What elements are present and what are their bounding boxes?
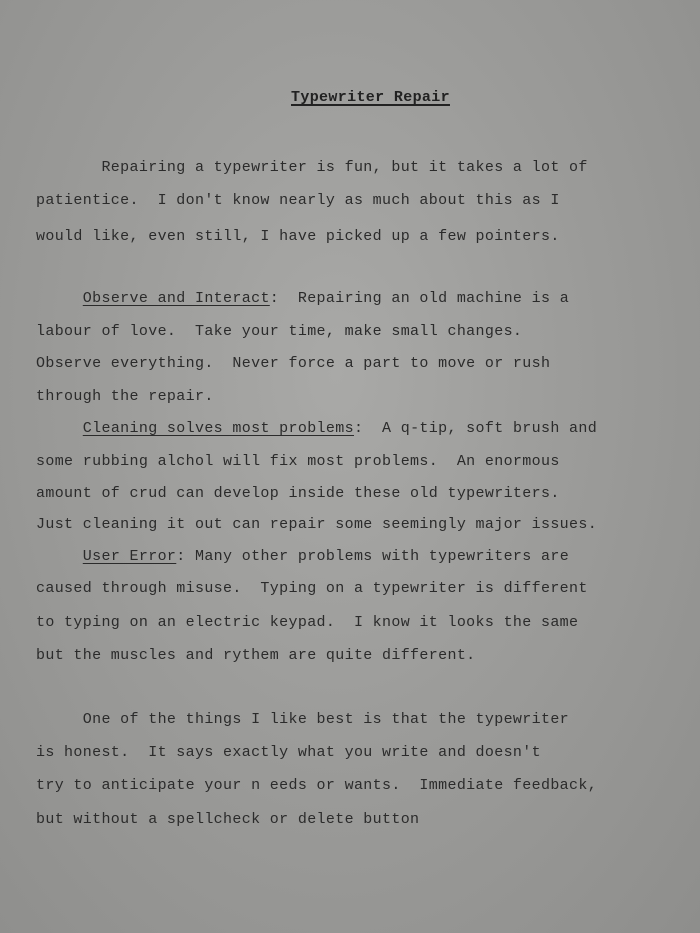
intro-line-2: patientice. I don't know nearly as much … (36, 192, 560, 209)
section-indent (36, 290, 83, 307)
section-user-error-line: to typing on an electric keypad. I know … (36, 614, 578, 631)
closing-line-3: try to anticipate your n eeds or wants. … (36, 777, 597, 794)
section-observe-line: Observe everything. Never force a part t… (36, 355, 550, 372)
section-user-error-line: but the muscles and rythem are quite dif… (36, 647, 476, 664)
section-observe-line: labour of love. Take your time, make sma… (36, 323, 522, 340)
section-heading-user-error: User Error (83, 548, 177, 565)
closing-line-4: but without a spellcheck or delete butto… (36, 811, 419, 828)
section-observe-first-line: Observe and Interact: Repairing an old m… (36, 290, 569, 307)
section-text: : A q-tip, soft brush and (354, 420, 597, 437)
section-cleaning-line: Just cleaning it out can repair some see… (36, 516, 597, 533)
section-cleaning-line: some rubbing alchol will fix most proble… (36, 453, 560, 470)
intro-line-3: would like, even still, I have picked up… (36, 228, 560, 245)
section-indent (36, 548, 83, 565)
section-user-error-line: caused through misuse. Typing on a typew… (36, 580, 588, 597)
closing-line-1: One of the things I like best is that th… (36, 711, 569, 728)
section-text: : Repairing an old machine is a (270, 290, 569, 307)
section-heading-cleaning: Cleaning solves most problems (83, 420, 354, 437)
section-observe-line: through the repair. (36, 388, 214, 405)
section-user-error-first-line: User Error: Many other problems with typ… (36, 548, 569, 565)
typed-page: Typewriter Repair Repairing a typewriter… (0, 0, 700, 933)
intro-line-1: Repairing a typewriter is fun, but it ta… (36, 159, 588, 176)
section-indent (36, 420, 83, 437)
section-cleaning-line: amount of crud can develop inside these … (36, 485, 560, 502)
section-cleaning-first-line: Cleaning solves most problems: A q-tip, … (36, 420, 597, 437)
section-heading-observe: Observe and Interact (83, 290, 270, 307)
closing-line-2: is honest. It says exactly what you writ… (36, 744, 541, 761)
section-text: : Many other problems with typewriters a… (176, 548, 569, 565)
document-title: Typewriter Repair (291, 89, 450, 106)
